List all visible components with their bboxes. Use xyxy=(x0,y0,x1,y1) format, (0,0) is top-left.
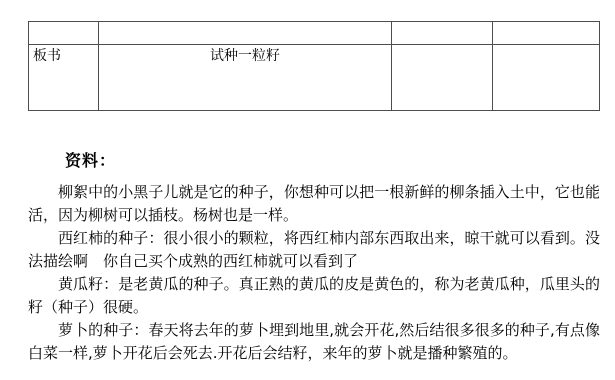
paragraph-radish-seed: 萝卜的种子：春天将去年的萝卜埋到地里,就会开花,然后结很多很多的种子,有点像白菜… xyxy=(28,319,600,365)
materials-section: 资料： 柳絮中的小黑子儿就是它的种子，你想种可以把一根新鲜的柳条插入土中，它也能… xyxy=(28,151,600,365)
document-page: 板书 试种一粒籽 资料： 柳絮中的小黑子儿就是它的种子，你想种可以把一根新鲜的柳… xyxy=(0,0,615,380)
table-cell-empty xyxy=(493,45,600,111)
table-cell-empty xyxy=(392,22,493,45)
table-cell-empty xyxy=(29,22,99,45)
lesson-plan-table: 板书 试种一粒籽 xyxy=(28,21,600,111)
paragraph-willow-seed: 柳絮中的小黑子儿就是它的种子，你想种可以把一根新鲜的柳条插入土中，它也能活，因为… xyxy=(28,181,600,227)
table-cell-banshu-label: 板书 xyxy=(29,45,99,111)
table-cell-empty xyxy=(392,45,493,111)
table-cell-lesson-title: 试种一粒籽 xyxy=(99,45,392,111)
paragraph-tomato-seed: 西红柿的种子：很小很小的颗粒，将西红柿内部东西取出来，晾干就可以看到。没法描绘啊… xyxy=(28,227,600,273)
section-heading: 资料： xyxy=(28,151,600,171)
table-cell-empty xyxy=(493,22,600,45)
table-row-board: 板书 试种一粒籽 xyxy=(29,45,600,111)
paragraph-cucumber-seed: 黄瓜籽：是老黄瓜的种子。真正熟的黄瓜的皮是黄色的，称为老黄瓜种，瓜里头的籽（种子… xyxy=(28,273,600,319)
table-cell-empty xyxy=(99,22,392,45)
table-row-top xyxy=(29,22,600,45)
